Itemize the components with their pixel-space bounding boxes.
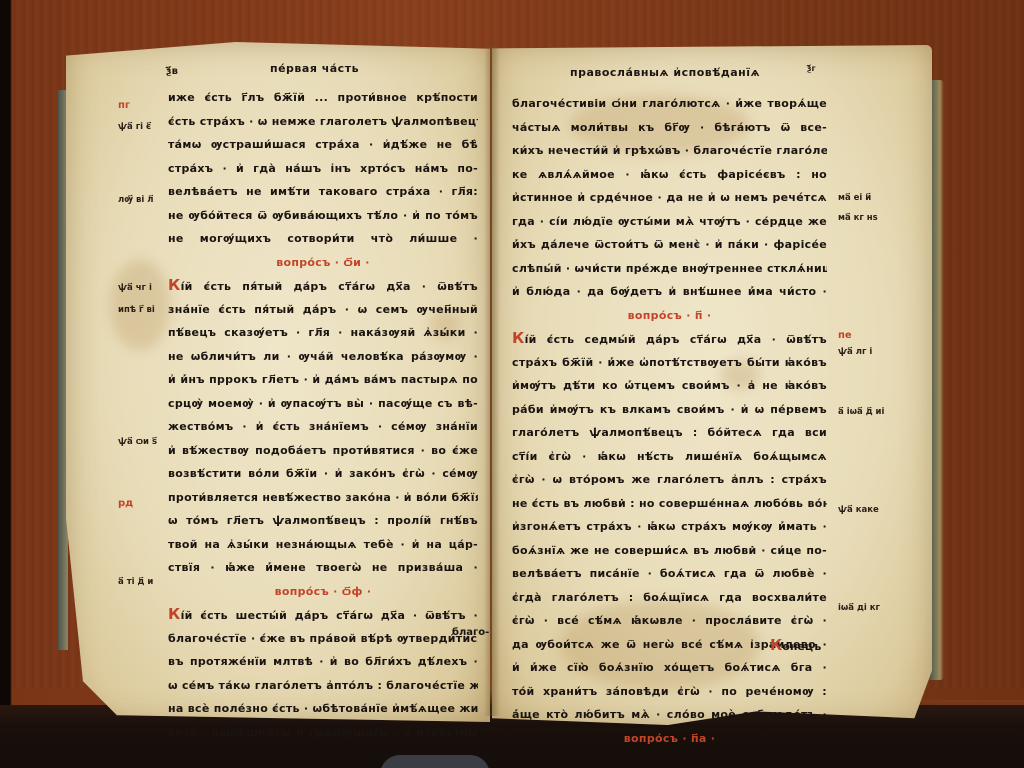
text-line: и҆́хъ да́лече ѿстои́тъ ѿ менє̀ · и҆ па́к… — [512, 233, 827, 257]
text-line: вота̀ · ны́нѣшнѧгѡ и҆ грѧдѹ́щагѡ · и҆ и҆… — [168, 721, 478, 745]
margin-reference: а҃ іѡа҃ д҃ иі — [838, 407, 884, 417]
margin-reference: лѹ҃ ві л҃ — [118, 195, 154, 205]
text-line: проти́вляется невѣ́жество зако́на · и҆ в… — [168, 486, 478, 510]
margin-reference: ѱа҃ лг і — [838, 347, 872, 357]
text-line: пѣ́вецъ сказѹ́етъ · гл҃я · нака́зѹяй ѧ҆з… — [168, 321, 478, 345]
text-line: возвѣ́стити во́ли бж҃їи · и҆ зако́нъ є҆г… — [168, 462, 478, 486]
text-line: а҆́ще кто̀ лю́битъ мѧ̀ · сло́во моѐ собл… — [512, 703, 827, 727]
text-line: иже є́сть г҃лъ бж҃їй ... проти́вное крѣ́… — [168, 86, 478, 110]
text-line: не могѹ́щихъ сотвори́ти что̀ ли́шше · — [168, 227, 478, 251]
folio-number: ѯ҃в — [166, 66, 178, 77]
text-line: ра́би и҆мѹ́тъ къ влкамъ свои́мъ · и҆ ѡ п… — [512, 398, 827, 422]
text-line: боѧ́знїѧ же не соверши́сѧ въ любви̇ · си… — [512, 539, 827, 563]
colophon-text: онецъ — [782, 640, 821, 653]
text-line: є҆гда̀ глаго́летъ : боѧ́щїисѧ гда восхва… — [512, 586, 827, 610]
text-line: благоче́стивіи ѻ́ни глаго́лютсѧ · и҆́же … — [512, 92, 827, 116]
running-head-left: пе́рвая ча́сть — [270, 62, 359, 75]
text-line: Кі́й є́сть пя́тый да́ръ ст҃а́гѡ дх҃а · ѿ… — [168, 274, 478, 298]
text-line: и҆ вѣ́жествѹ подоба́етъ проти́вятися · в… — [168, 439, 478, 463]
text-line: на всѐ поле́зно є́сть · ѡбѣтова́нїе и҆мѣ… — [168, 697, 478, 721]
red-initial: К — [512, 329, 525, 347]
text-line: стра́хъ · и҆ гда̀ на́шъ і҆нъ хрто́съ на́… — [168, 157, 478, 181]
text-line: слѣпы́й · ѡчи́сти пре́жде внѹ́треннее ст… — [512, 257, 827, 281]
rubric-heading: вопро́съ · ѻ҃ф · — [168, 580, 478, 604]
text-line: благоче́стїе · є́же въ пра́вой вѣ́рѣ ѹтв… — [168, 627, 478, 651]
text-line: не є́сть въ любви̇ : но соверше́ннаѧ люб… — [512, 492, 827, 516]
margin-reference: ипѣ г҃ ві — [118, 305, 155, 315]
colophon: Конецъ — [770, 636, 821, 654]
margin-reference: пе — [838, 330, 852, 341]
text-line: то́й храни́тъ за́повѣди є҆гѡ̀ · по рече́… — [512, 680, 827, 704]
text-line: зна́нїе є́сть пя́тый да́ръ · ѡ семъ ѹчен… — [168, 298, 478, 322]
text-line: є́сть стра́хъ · ѡ немже глаголетъ ѱалмоп… — [168, 110, 478, 134]
running-head-right: правосла́вныѧ и҆сповѣ́данїѧ — [570, 66, 760, 79]
text-line: та́мѡ ѹстраши́шася стра́ха · и҆дѣ́же не … — [168, 133, 478, 157]
text-line: не ѡбличи́тъ ли · ѹча́й человѣ́ка ра́зѹм… — [168, 345, 478, 369]
margin-reference: ѱа҃ ѻи ѕ҃ — [118, 437, 157, 447]
margin-reference: пг — [118, 100, 130, 111]
text-line: велѣва́етъ не имѣ́ти таковаго стра́ха · … — [168, 180, 478, 204]
text-line: срцѹ̀ моемѹ̀ · и҆ ѹпасѹ́тъ вы̀ · пасѹ́ще… — [168, 392, 478, 416]
text-line: стра́хъ бж҃їй · и҆́же ѡ҆потѣ́тствѹетъ бы… — [512, 351, 827, 375]
text-line: ст҃і́и є҆гѡ̀ · ꙗ҆́кѡ нѣ́сть лише́нїѧ боѧ… — [512, 445, 827, 469]
margin-reference: ма҃ еі и҃ — [838, 193, 871, 203]
rubric-heading: вопро́съ · п҃ · — [512, 304, 827, 328]
text-line: твой на ѧ҆зы́ки незна́ющыѧ тебѐ · и҆ на … — [168, 533, 478, 557]
text-line: ча́стыѧ моли́твы къ бг҃ѹ · бѣга́ютъ ѿ вс… — [512, 116, 827, 140]
text-line: жество́мъ · и҆ є́сть зна́нїемъ · се́мѹ з… — [168, 415, 478, 439]
red-initial: К — [168, 276, 181, 294]
text-line: глаго́летъ ѱалмопѣ́вецъ : бо́йтесѧ гда в… — [512, 421, 827, 445]
chair-back — [380, 755, 490, 768]
text-line: и҆згонѧ́етъ стра́хъ · ꙗ҆́кѡ стра́хъ мѹ́к… — [512, 515, 827, 539]
margin-reference: ѱа҃ чг і — [118, 283, 152, 293]
margin-reference: ма҃ кг нѕ — [838, 213, 878, 223]
text-line: и҆ и҆́же сїю̀ боѧ́знїю хо́щетъ боѧ́тисѧ … — [512, 656, 827, 680]
text-line: и҆стинное и҆ срде́чное · да не и҆ ѡ немъ… — [512, 186, 827, 210]
text-line: Кі́й є́сть шесты́й да́ръ ст҃а́гѡ дх҃а · … — [168, 603, 478, 627]
margin-reference: рд — [118, 498, 133, 509]
rubric-heading: вопро́съ · п҃а · — [512, 727, 827, 751]
text-line: и҆ и҆́нъ пррокъ гл҃етъ · и҆ да́мъ ва́мъ … — [168, 368, 478, 392]
folio-mark: ѯ҃г — [807, 64, 816, 73]
text-line: велѣва́етъ писа́нїе · боѧ́тисѧ гда ѿ люб… — [512, 562, 827, 586]
text-line: гда · сі́и лю́дїе ѹсты́ми мѧ̀ чтѹ́тъ · с… — [512, 210, 827, 234]
text-line: не ѹбо́йтеся ѿ ѹбива́ющихъ тѣ́ло · и҆ по… — [168, 204, 478, 228]
rubric-heading: вопро́съ · ѻ҃и · — [168, 251, 478, 275]
left-text-block: иже є́сть г҃лъ бж҃їй ... проти́вное крѣ́… — [168, 86, 478, 744]
text-line: ки́хъ нечести́й и҆ грѣхѡ́въ · благоче́ст… — [512, 139, 827, 163]
text-line: є҆гѡ̀ · ѡ вто́ромъ же глаго́летъ а҆плъ :… — [512, 468, 827, 492]
margin-reference: ѱа҃ каке — [838, 505, 879, 515]
text-line: є҆гѡ̀ · все́ сѣ́мѧ ꙗ҆́кѡвле · просла́вит… — [512, 609, 827, 633]
text-line: ѡ се́мъ та́кѡ глаго́летъ а҆пто́лъ : благ… — [168, 674, 478, 698]
catchword: благо- — [452, 627, 489, 638]
red-initial: К — [168, 605, 181, 623]
text-line: и҆мѹ́тъ дѣ́ти ко ѡ҆́тцемъ свои́мъ · а҆ н… — [512, 374, 827, 398]
text-line: ѡ то́мъ гл҃етъ ѱалмопѣ́вецъ : пролі́й гн… — [168, 509, 478, 533]
margin-reference: а҃ ті д҃ и — [118, 577, 153, 587]
text-line: Кі́й є́сть седмы́й да́ръ ст҃а́гѡ дх҃а · … — [512, 327, 827, 351]
margin-reference: ѱа҃ гі є҃ — [118, 122, 151, 132]
text-line: въ протяже́нїи млтвѣ · и҆ во бл҃ги́хъ дѣ… — [168, 650, 478, 674]
text-line: ке ѧвлѧ́ѧймое · ꙗ҆́кѡ є́сть фарісе́євъ :… — [512, 163, 827, 187]
margin-reference: іѡа҃ ді кг — [838, 603, 880, 613]
text-line: ствїя · ꙗ҆́же и҆́мене твоегѡ̀ не призва́… — [168, 556, 478, 580]
text-line: и҆ блю́да · да бѹ́детъ и҆ внѣ́шнее и҆́ма… — [512, 280, 827, 304]
book-gutter — [484, 46, 500, 716]
